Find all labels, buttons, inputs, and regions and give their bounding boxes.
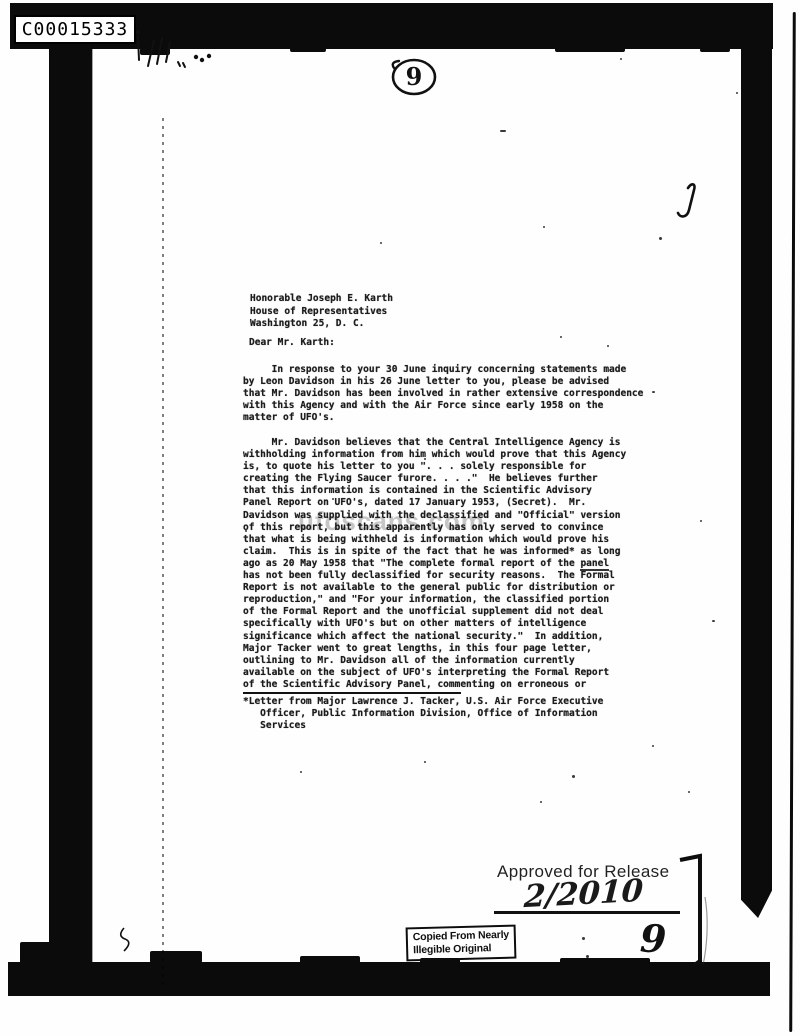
page-fold-line (162, 118, 164, 986)
circled-page-number: 9 (387, 52, 441, 100)
letter-paragraph-1: In response to your 30 June inquiry conc… (243, 364, 643, 424)
noise-speck (560, 336, 562, 338)
scan-border-artifact (150, 951, 202, 963)
scan-border-artifact (20, 942, 60, 966)
document-id-label: C00015333 (14, 15, 136, 44)
footnote-separator (243, 692, 461, 694)
pen-squiggle-mark (116, 926, 132, 956)
noise-speck (688, 791, 690, 793)
noise-speck (424, 761, 426, 763)
pen-scribble-marks (128, 30, 220, 78)
noise-speck (712, 620, 715, 622)
noise-speck (607, 345, 609, 347)
noise-speck (543, 226, 545, 228)
noise-speck (700, 520, 702, 522)
pen-j-mark (672, 180, 708, 224)
noise-speck (652, 745, 654, 747)
scan-border-artifact (290, 48, 326, 52)
scan-border-artifact (700, 48, 730, 52)
release-date-handwritten: 2/2010 (523, 873, 644, 915)
footnote-text: *Letter from Major Lawrence J. Tacker, U… (243, 696, 603, 732)
noise-speck (300, 771, 302, 773)
noise-speck (424, 458, 426, 460)
scan-border-right (741, 3, 772, 918)
scan-border-bottom (8, 962, 770, 996)
noise-speck (245, 530, 247, 532)
noise-speck (475, 440, 477, 442)
noise-speck (380, 242, 382, 244)
page-edge-line (789, 12, 796, 1032)
copied-from-stamp: Copied From Nearly Illegible Original (406, 925, 517, 962)
noise-speck (736, 92, 738, 94)
scan-border-artifact (560, 958, 650, 964)
noise-speck (652, 391, 655, 393)
pen-bracket-mark (676, 852, 710, 972)
noise-speck (500, 130, 506, 132)
noise-speck (586, 955, 589, 958)
noise-speck (620, 58, 622, 60)
letter-paragraph-2: Mr. Davidson believes that the Central I… (243, 437, 626, 691)
handwritten-page-number: 9 (639, 916, 667, 962)
release-date-underline (494, 911, 680, 914)
scan-border-left (49, 40, 92, 970)
noise-speck (572, 775, 575, 778)
scanned-document-page: C00015333 9 ufoscans.com Honorable Josep… (0, 0, 800, 1035)
scan-border-artifact (555, 47, 625, 52)
svg-text:9: 9 (406, 62, 423, 91)
noise-speck (659, 237, 662, 240)
document-id-text: C00015333 (22, 19, 129, 40)
noise-speck (540, 801, 542, 803)
scan-border-artifact (300, 956, 360, 964)
noise-speck (332, 498, 334, 500)
noise-speck (582, 937, 585, 940)
recipient-address: Honorable Joseph E. Karth House of Repre… (250, 293, 393, 331)
salutation: Dear Mr. Karth: (249, 337, 335, 349)
typed-underline-panel (580, 569, 609, 571)
